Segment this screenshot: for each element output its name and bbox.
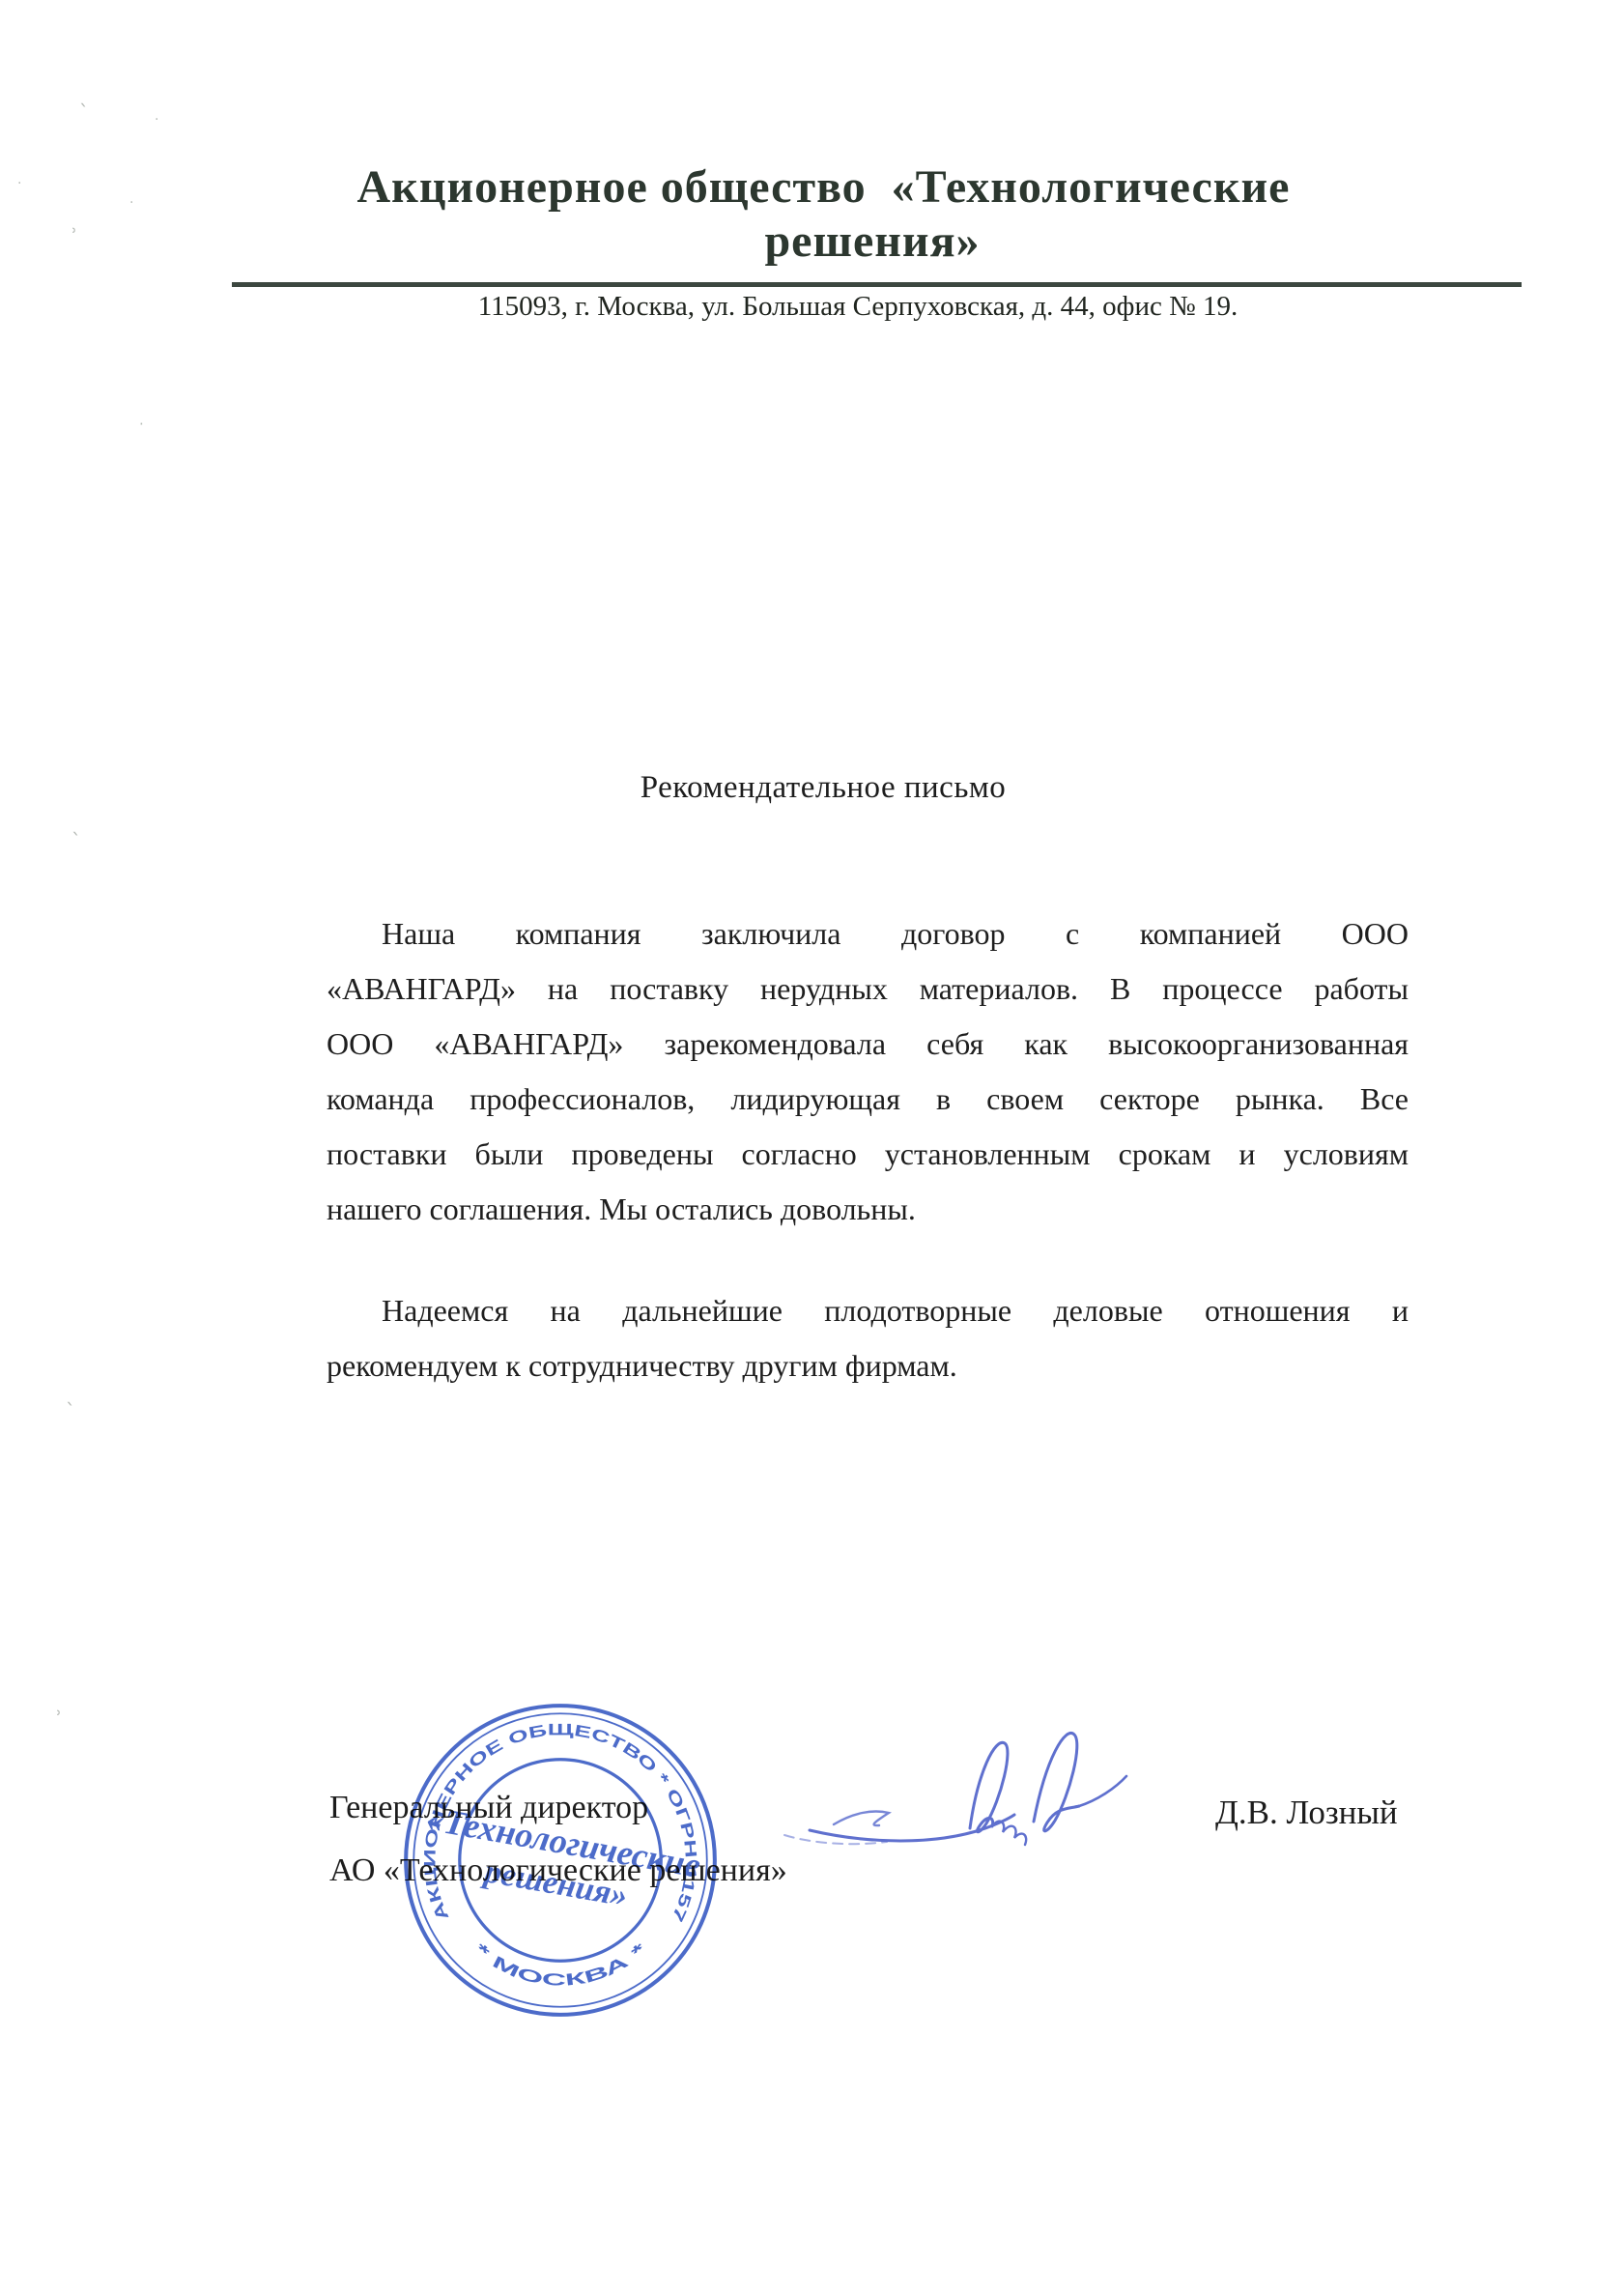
scan-artifact: ʾ xyxy=(71,224,77,247)
stamp-ring-text-bottom: * МОСКВА * xyxy=(471,1938,650,1990)
paragraph-line: Надеемся на дальнейшие плодотворные дело… xyxy=(327,1283,1409,1338)
signer-name: Д.В. Лозный xyxy=(1215,1794,1398,1832)
paragraph-line: команда профессионалов, лидирующая в сво… xyxy=(327,1072,1409,1127)
paragraph-line: Наша компания заключила договор с компан… xyxy=(327,906,1409,961)
scan-artifact: · xyxy=(139,416,144,433)
paragraph-line: нашего соглашения. Мы остались довольны. xyxy=(327,1182,1409,1237)
paragraph-line: поставки были проведены согласно установ… xyxy=(327,1127,1409,1182)
scan-artifact: ` xyxy=(66,1399,75,1422)
paragraph-line: «АВАНГАРД» на поставку нерудных материал… xyxy=(327,961,1409,1017)
letter-page: Акционерное общество «Технологические ре… xyxy=(0,0,1623,2296)
scan-artifact: · xyxy=(17,176,21,191)
handwritten-signature xyxy=(781,1708,1162,1858)
scan-artifact: · xyxy=(129,195,133,211)
scan-artifact: ` xyxy=(79,100,89,124)
paragraph-line: ООО «АВАНГАРД» зарекомендовала себя как … xyxy=(327,1017,1409,1072)
letterhead-rule xyxy=(232,282,1522,287)
paragraph-2: Надеемся на дальнейшие плодотворные дело… xyxy=(327,1283,1409,1393)
org-address: 115093, г. Москва, ул. Большая Серпуховс… xyxy=(93,291,1623,323)
scan-artifact: ʾ xyxy=(56,1707,62,1730)
org-name-line2: решения» xyxy=(122,215,1623,268)
svg-text:* МОСКВА *: * МОСКВА * xyxy=(471,1938,650,1990)
scan-artifact: ` xyxy=(71,829,81,852)
company-stamp: АКЦИОНЕРНОЕ ОБЩЕСТВО * ОГРН 115774626314… xyxy=(394,1694,726,2026)
paragraph-line: рекомендуем к сотрудничеству другим фирм… xyxy=(327,1338,1409,1393)
paragraph-1: Наша компания заключила договор с компан… xyxy=(327,906,1409,1237)
letter-title: Рекомендательное письмо xyxy=(0,770,1623,806)
scan-artifact: · xyxy=(155,112,158,128)
org-name-line1: Акционерное общество «Технологические xyxy=(24,160,1623,214)
